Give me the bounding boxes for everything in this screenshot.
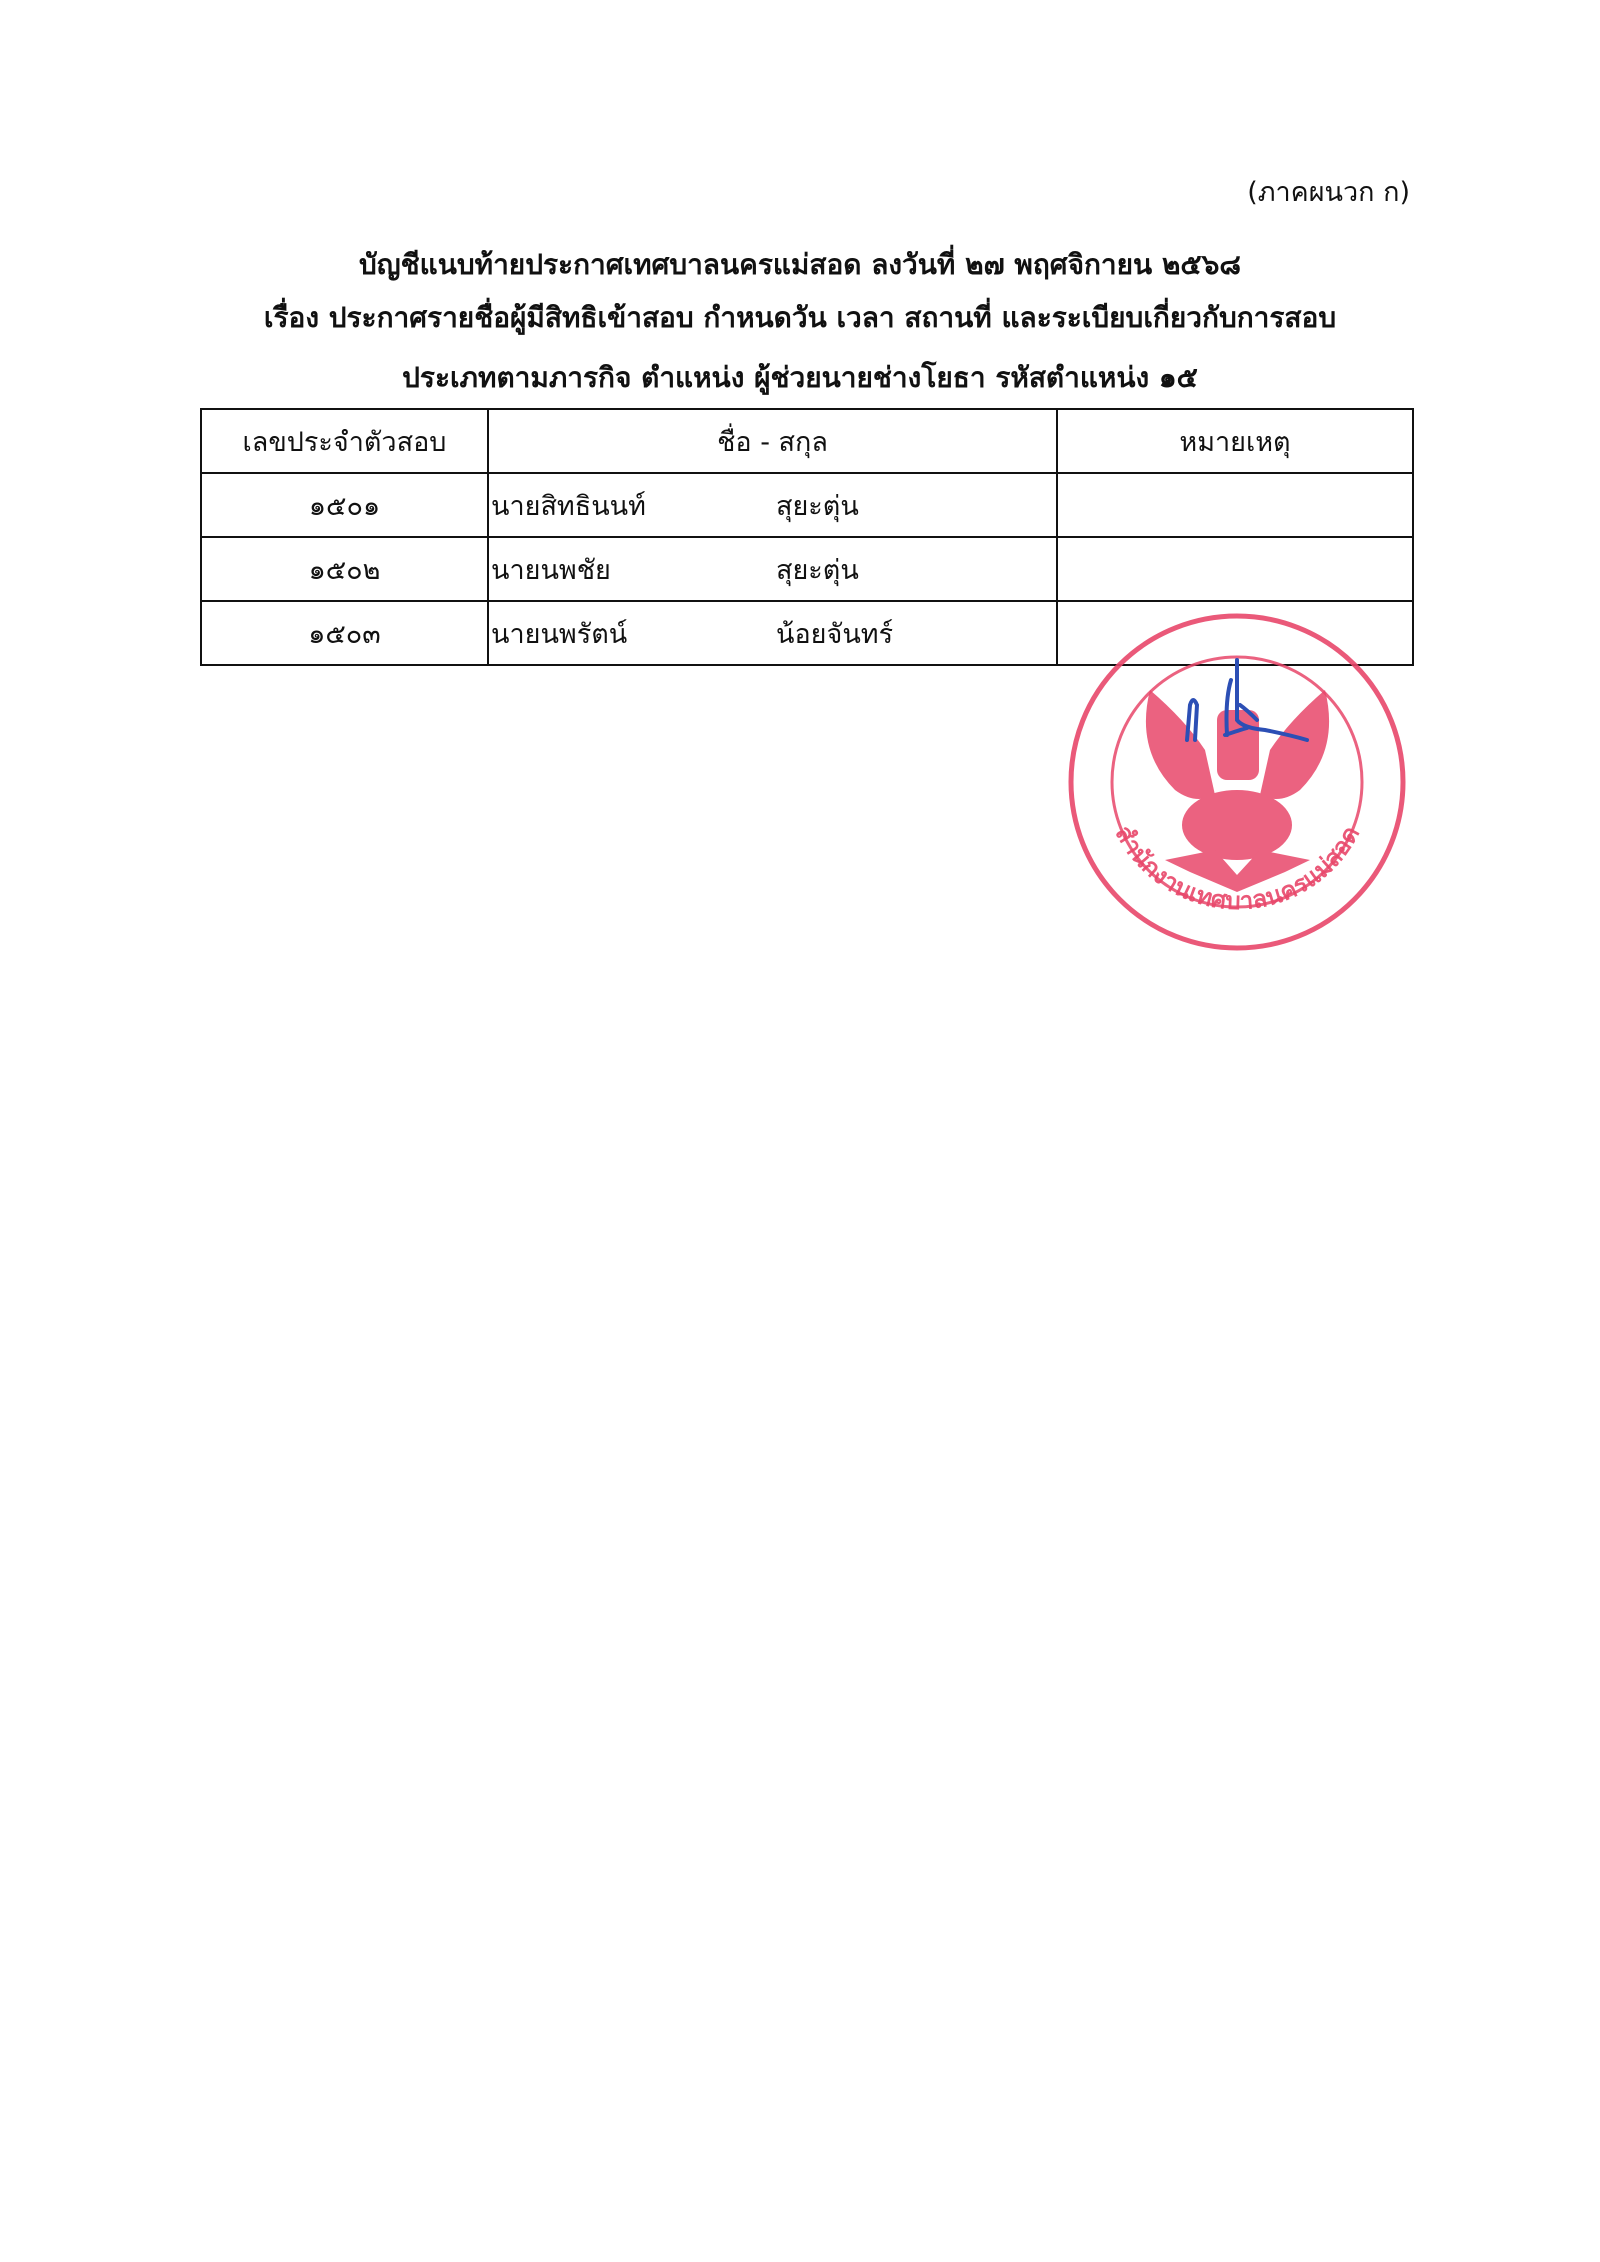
document-title-line-2: เรื่อง ประกาศรายชื่อผู้มีสิทธิเข้าสอบ กำ… [0,296,1600,340]
remark-cell [1057,537,1413,601]
last-name: น้อยจันทร์ [776,612,893,655]
exam-id-cell: ๑๕๐๑ [201,473,488,537]
table-row: ๑๕๐๑ นายสิทธินนท์สุยะตุ่น [201,473,1413,537]
first-name: นายนพชัย [489,548,776,591]
first-name: นายนพรัตน์ [489,612,776,655]
last-name: สุยะตุ่น [776,548,859,591]
name-cell: นายนพรัตน์น้อยจันทร์ [488,601,1057,665]
annex-label: (ภาคผนวก ก) [1247,170,1410,213]
table-header-row: เลขประจำตัวสอบ ชื่อ - สกุล หมายเหตุ [201,409,1413,473]
remark-cell [1057,473,1413,537]
last-name: สุยะตุ่น [776,484,859,527]
name-cell: นายนพชัยสุยะตุ่น [488,537,1057,601]
official-seal: สำนักงานเทศบาลนครแม่สอด [1065,610,1410,955]
document-title-line-3: ประเภทตามภารกิจ ตำแหน่ง ผู้ช่วยนายช่างโย… [0,356,1600,400]
first-name: นายสิทธินนท์ [489,484,776,527]
column-header-remark: หมายเหตุ [1057,409,1413,473]
exam-id-cell: ๑๕๐๓ [201,601,488,665]
name-cell: นายสิทธินนท์สุยะตุ่น [488,473,1057,537]
document-title-line-1: บัญชีแนบท้ายประกาศเทศบาลนครแม่สอด ลงวันท… [0,243,1600,287]
column-header-exam-id: เลขประจำตัวสอบ [201,409,488,473]
exam-id-cell: ๑๕๐๒ [201,537,488,601]
column-header-name: ชื่อ - สกุล [488,409,1057,473]
table-row: ๑๕๐๒ นายนพชัยสุยะตุ่น [201,537,1413,601]
